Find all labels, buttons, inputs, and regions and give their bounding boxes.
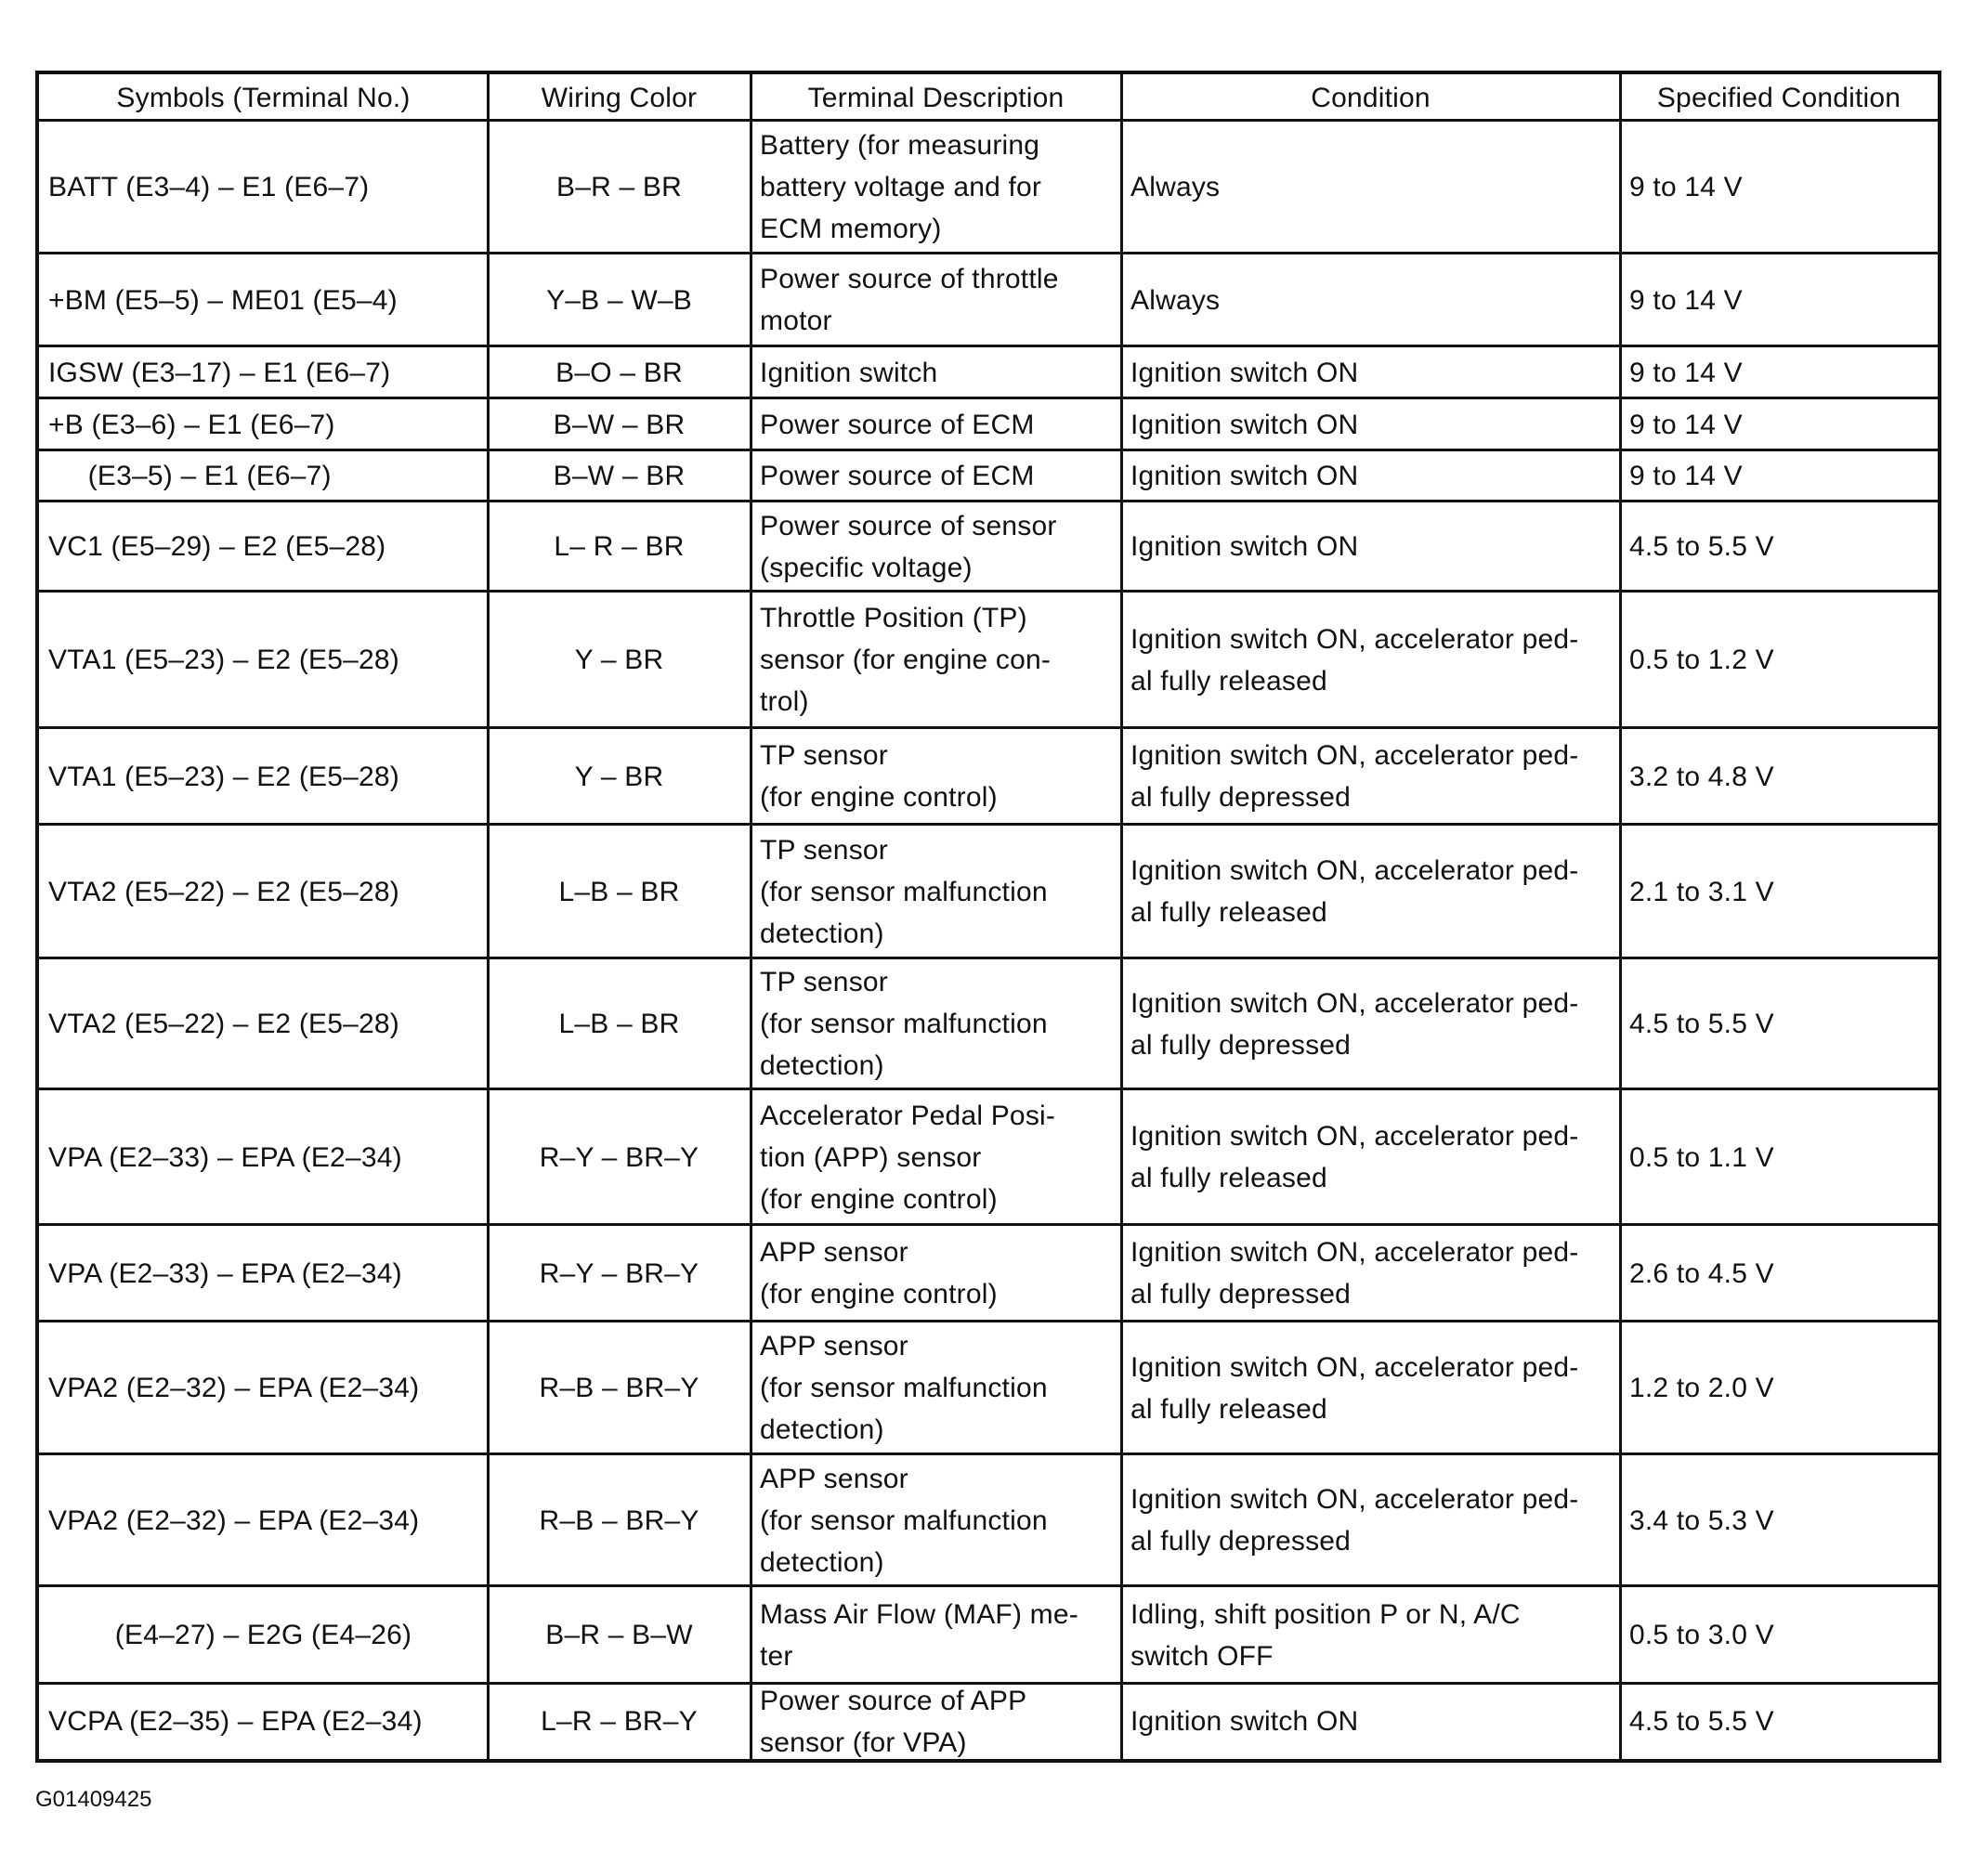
- cell-wiring-color: B–W – BR: [488, 398, 751, 450]
- row-divider: [39, 1223, 1938, 1226]
- row-divider: [39, 449, 1938, 451]
- cell-terminal-description: Ignition switch: [751, 346, 1121, 398]
- column-header-terminal-description: Terminal Description: [751, 74, 1121, 121]
- cell-condition: Ignition switch ON: [1121, 346, 1620, 398]
- column-header-specified-condition: Specified Condition: [1620, 74, 1938, 121]
- cell-wiring-color: L–B – BR: [488, 958, 751, 1089]
- row-divider: [39, 1088, 1938, 1090]
- row-divider: [39, 1584, 1938, 1587]
- row-divider: [39, 590, 1938, 593]
- row-divider: [39, 252, 1938, 254]
- cell-specified-condition: 2.1 to 3.1 V: [1620, 825, 1938, 958]
- cell-symbol: (E3–5) – E1 (E6–7): [39, 450, 488, 502]
- cell-specified-condition: 4.5 to 5.5 V: [1620, 1684, 1938, 1759]
- row-divider: [39, 823, 1938, 826]
- cell-symbol: VPA (E2–33) – EPA (E2–34): [39, 1225, 488, 1322]
- cell-terminal-description: Power source of ECM: [751, 398, 1121, 450]
- cell-symbol: (E4–27) – E2G (E4–26): [39, 1586, 488, 1684]
- cell-condition: Ignition switch ON, accelerator ped- al …: [1121, 1454, 1620, 1586]
- cell-symbol: VTA1 (E5–23) – E2 (E5–28): [39, 728, 488, 825]
- cell-condition: Ignition switch ON, accelerator ped- al …: [1121, 1322, 1620, 1454]
- cell-wiring-color: R–Y – BR–Y: [488, 1089, 751, 1225]
- cell-condition: Ignition switch ON, accelerator ped- al …: [1121, 1089, 1620, 1225]
- cell-condition: Idling, shift position P or N, A/C switc…: [1121, 1586, 1620, 1684]
- cell-wiring-color: L– R – BR: [488, 502, 751, 592]
- cell-terminal-description: Mass Air Flow (MAF) me- ter: [751, 1586, 1121, 1684]
- row-divider: [39, 119, 1938, 122]
- row-divider: [39, 1453, 1938, 1455]
- cell-condition: Ignition switch ON, accelerator ped- al …: [1121, 592, 1620, 728]
- cell-terminal-description: TP sensor (for engine control): [751, 728, 1121, 825]
- column-divider: [1619, 74, 1622, 1759]
- cell-wiring-color: Y–B – W–B: [488, 254, 751, 346]
- cell-condition: Ignition switch ON, accelerator ped- al …: [1121, 728, 1620, 825]
- cell-symbol: VTA2 (E5–22) – E2 (E5–28): [39, 958, 488, 1089]
- cell-terminal-description: APP sensor (for sensor malfunction detec…: [751, 1454, 1121, 1586]
- cell-specified-condition: 9 to 14 V: [1620, 121, 1938, 254]
- cell-wiring-color: B–O – BR: [488, 346, 751, 398]
- cell-symbol: VCPA (E2–35) – EPA (E2–34): [39, 1684, 488, 1759]
- cell-specified-condition: 0.5 to 3.0 V: [1620, 1586, 1938, 1684]
- cell-specified-condition: 9 to 14 V: [1620, 254, 1938, 346]
- figure-id-caption: G01409425: [35, 1787, 151, 1813]
- cell-wiring-color: L–B – BR: [488, 825, 751, 958]
- column-divider: [487, 74, 490, 1759]
- cell-condition: Ignition switch ON: [1121, 1684, 1620, 1759]
- cell-condition: Ignition switch ON, accelerator ped- al …: [1121, 958, 1620, 1089]
- cell-specified-condition: 0.5 to 1.1 V: [1620, 1089, 1938, 1225]
- row-divider: [39, 957, 1938, 959]
- column-header-symbol: Symbols (Terminal No.): [39, 74, 488, 121]
- cell-specified-condition: 4.5 to 5.5 V: [1620, 958, 1938, 1089]
- cell-wiring-color: B–W – BR: [488, 450, 751, 502]
- cell-specified-condition: 3.2 to 4.8 V: [1620, 728, 1938, 825]
- column-divider: [1120, 74, 1123, 1759]
- cell-condition: Always: [1121, 121, 1620, 254]
- cell-symbol: VPA2 (E2–32) – EPA (E2–34): [39, 1454, 488, 1586]
- cell-symbol: VTA2 (E5–22) – E2 (E5–28): [39, 825, 488, 958]
- cell-condition: Ignition switch ON, accelerator ped- al …: [1121, 1225, 1620, 1322]
- cell-wiring-color: Y – BR: [488, 728, 751, 825]
- cell-terminal-description: Power source of ECM: [751, 450, 1121, 502]
- cell-wiring-color: B–R – B–W: [488, 1586, 751, 1684]
- cell-specified-condition: 9 to 14 V: [1620, 398, 1938, 450]
- cell-wiring-color: R–B – BR–Y: [488, 1322, 751, 1454]
- cell-symbol: VTA1 (E5–23) – E2 (E5–28): [39, 592, 488, 728]
- cell-wiring-color: Y – BR: [488, 592, 751, 728]
- cell-terminal-description: APP sensor (for engine control): [751, 1225, 1121, 1322]
- cell-symbol: +B (E3–6) – E1 (E6–7): [39, 398, 488, 450]
- cell-wiring-color: R–Y – BR–Y: [488, 1225, 751, 1322]
- cell-terminal-description: Power source of APP sensor (for VPA): [751, 1684, 1121, 1759]
- terminal-spec-table: Symbols (Terminal No.)Wiring ColorTermin…: [35, 71, 1941, 1763]
- cell-specified-condition: 3.4 to 5.3 V: [1620, 1454, 1938, 1586]
- cell-specified-condition: 9 to 14 V: [1620, 450, 1938, 502]
- cell-condition: Ignition switch ON: [1121, 398, 1620, 450]
- cell-specified-condition: 2.6 to 4.5 V: [1620, 1225, 1938, 1322]
- row-divider: [39, 345, 1938, 347]
- cell-terminal-description: TP sensor (for sensor malfunction detect…: [751, 825, 1121, 958]
- cell-terminal-description: Battery (for measuring battery voltage a…: [751, 121, 1121, 254]
- cell-symbol: +BM (E5–5) – ME01 (E5–4): [39, 254, 488, 346]
- cell-terminal-description: Power source of sensor (specific voltage…: [751, 502, 1121, 592]
- cell-condition: Ignition switch ON, accelerator ped- al …: [1121, 825, 1620, 958]
- cell-wiring-color: B–R – BR: [488, 121, 751, 254]
- column-header-wiring-color: Wiring Color: [488, 74, 751, 121]
- cell-specified-condition: 0.5 to 1.2 V: [1620, 592, 1938, 728]
- cell-specified-condition: 4.5 to 5.5 V: [1620, 502, 1938, 592]
- cell-terminal-description: Power source of throttle motor: [751, 254, 1121, 346]
- cell-symbol: VPA2 (E2–32) – EPA (E2–34): [39, 1322, 488, 1454]
- cell-wiring-color: R–B – BR–Y: [488, 1454, 751, 1586]
- cell-symbol: IGSW (E3–17) – E1 (E6–7): [39, 346, 488, 398]
- cell-specified-condition: 1.2 to 2.0 V: [1620, 1322, 1938, 1454]
- cell-symbol: VC1 (E5–29) – E2 (E5–28): [39, 502, 488, 592]
- column-header-condition: Condition: [1121, 74, 1620, 121]
- cell-condition: Always: [1121, 254, 1620, 346]
- row-divider: [39, 397, 1938, 399]
- row-divider: [39, 500, 1938, 502]
- cell-condition: Ignition switch ON: [1121, 502, 1620, 592]
- cell-symbol: BATT (E3–4) – E1 (E6–7): [39, 121, 488, 254]
- cell-condition: Ignition switch ON: [1121, 450, 1620, 502]
- cell-wiring-color: L–R – BR–Y: [488, 1684, 751, 1759]
- cell-specified-condition: 9 to 14 V: [1620, 346, 1938, 398]
- row-divider: [39, 726, 1938, 729]
- cell-terminal-description: TP sensor (for sensor malfunction detect…: [751, 958, 1121, 1089]
- cell-symbol: VPA (E2–33) – EPA (E2–34): [39, 1089, 488, 1225]
- column-divider: [750, 74, 752, 1759]
- cell-terminal-description: APP sensor (for sensor malfunction detec…: [751, 1322, 1121, 1454]
- cell-terminal-description: Throttle Position (TP) sensor (for engin…: [751, 592, 1121, 728]
- row-divider: [39, 1682, 1938, 1685]
- cell-terminal-description: Accelerator Pedal Posi- tion (APP) senso…: [751, 1089, 1121, 1225]
- row-divider: [39, 1320, 1938, 1322]
